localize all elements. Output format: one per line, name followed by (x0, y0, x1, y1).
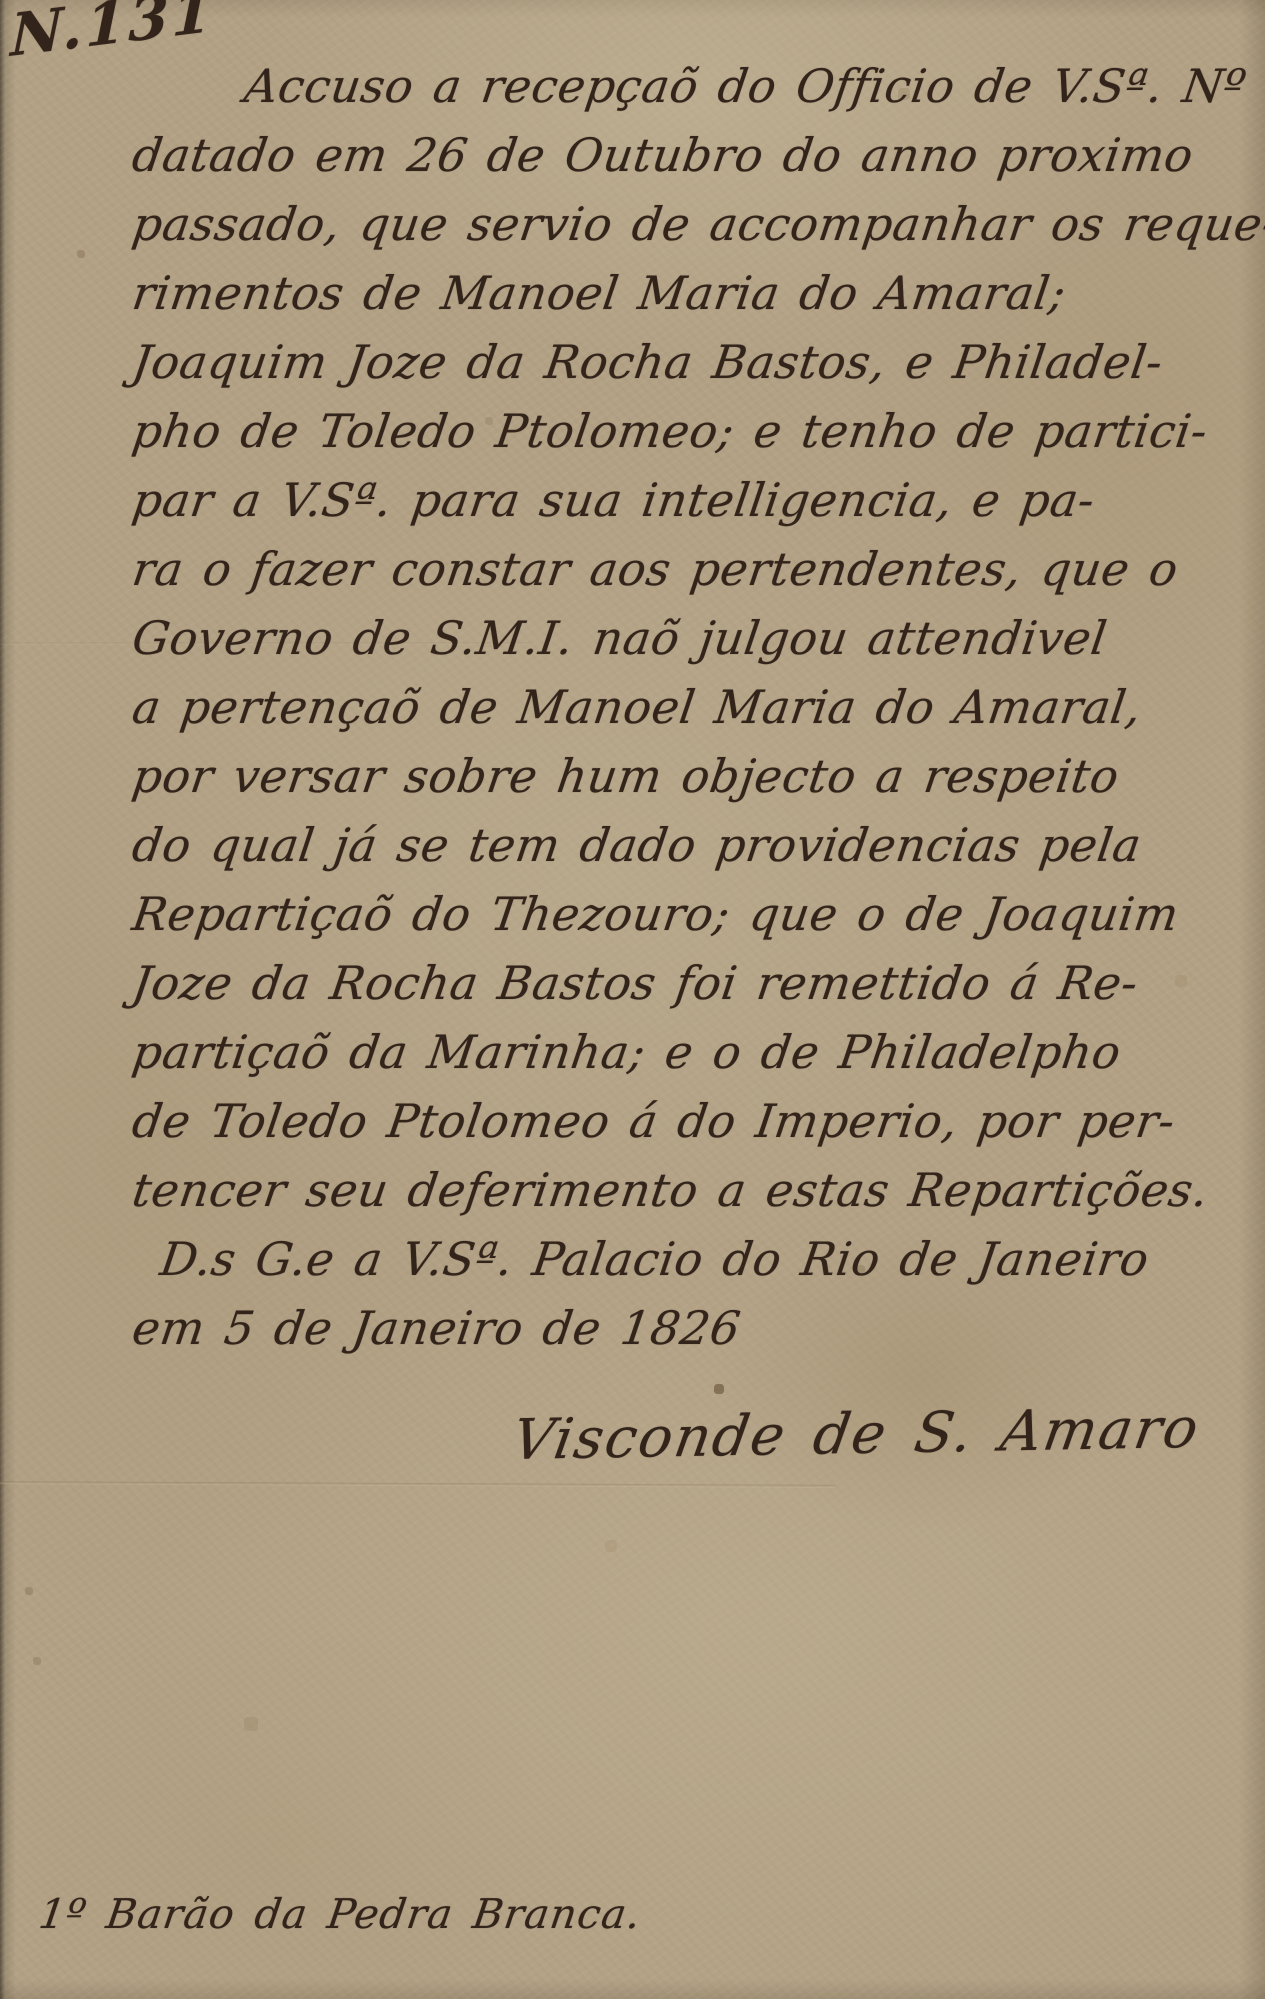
manuscript-line: D.s G.e a V.Sª. Palacio do Rio de Janeir… (128, 1225, 1265, 1294)
manuscript-line: Joaquim Joze da Rocha Bastos, e Philadel… (128, 328, 1265, 397)
manuscript-line: Governo de S.M.I. naõ julgou attendivel (128, 604, 1265, 673)
manuscript-line: do qual já se tem dado providencias pela (128, 811, 1265, 880)
addressee: 1º Barão da Pedra Branca. (36, 1890, 645, 1938)
manuscript-line: a pertençaõ de Manoel Maria do Amaral, (128, 673, 1265, 742)
manuscript-line: Joze da Rocha Bastos foi remettido á Re- (128, 949, 1265, 1018)
manuscript-page: N.131 Accuso a recepçaõ do Officio de V.… (0, 0, 1265, 1999)
paper-crease (0, 1481, 835, 1488)
manuscript-line: em 5 de Janeiro de 1826 (128, 1294, 1265, 1363)
manuscript-line: ra o fazer constar aos pertendentes, que… (128, 535, 1265, 604)
manuscript-line: passado, que servio de accompanhar os re… (128, 190, 1265, 259)
letter-body: Accuso a recepçaõ do Officio de V.Sª. Nº… (128, 52, 1265, 1363)
manuscript-line: por versar sobre hum objecto a respeito (128, 742, 1265, 811)
manuscript-line: datado em 26 de Outubro do anno proximo (128, 121, 1265, 190)
manuscript-line: tencer seu deferimento a estas Repartiçõ… (128, 1156, 1265, 1225)
manuscript-line: Accuso a recepçaõ do Officio de V.Sª. Nº… (128, 52, 1265, 121)
manuscript-line: pho de Toledo Ptolomeo; e tenho de parti… (128, 397, 1265, 466)
manuscript-line: partiçaõ da Marinha; e o de Philadelpho (128, 1018, 1265, 1087)
manuscript-line: de Toledo Ptolomeo á do Imperio, por per… (128, 1087, 1265, 1156)
signature: Visconde de S. Amaro (508, 1396, 1205, 1473)
manuscript-line: Repartiçaõ do Thezouro; que o de Joaquim (128, 880, 1265, 949)
manuscript-line: rimentos de Manoel Maria do Amaral; (128, 259, 1265, 328)
paper-stains (0, 0, 2, 2)
manuscript-line: par a V.Sª. para sua intelligencia, e pa… (128, 466, 1265, 535)
